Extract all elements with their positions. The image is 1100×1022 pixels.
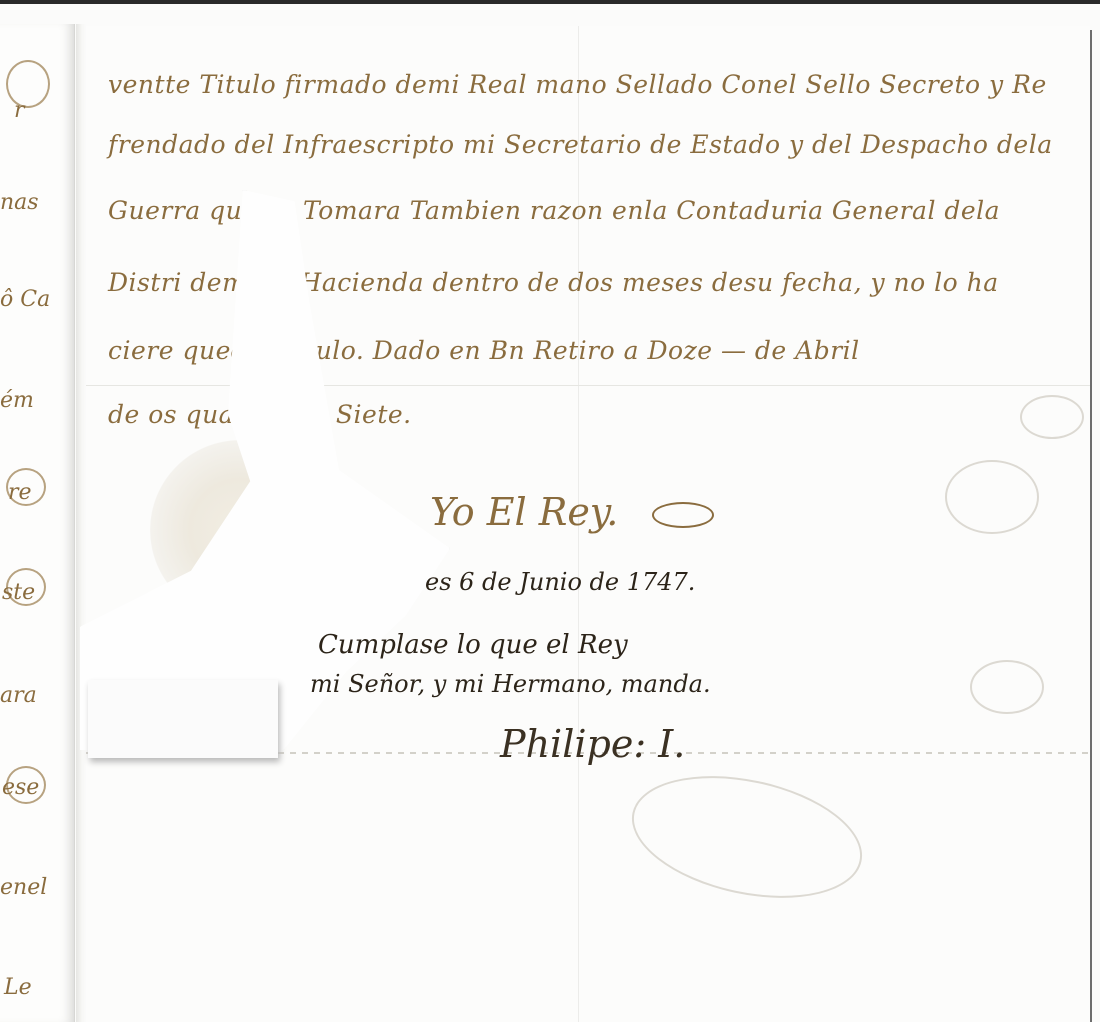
document-text-line: ciere quedara nulo. Dado en Bn Retiro a … (108, 336, 860, 365)
bleed-through-stroke (1020, 395, 1084, 439)
page-right-edge (1090, 30, 1092, 1022)
margin-fragment: ô Ca (0, 287, 50, 312)
margin-fragment: r (14, 98, 25, 123)
margin-fragment: ém (0, 388, 34, 413)
countersign-line-2: mi Señor, y mi Hermano, manda. (310, 670, 711, 698)
countersign-date: es 6 de Junio de 1747. (425, 568, 695, 596)
bleed-through-stroke (970, 660, 1044, 714)
rubric-flourish (652, 502, 714, 528)
margin-fragment: ese (2, 775, 39, 800)
margin-flourish (6, 60, 50, 108)
margin-fragment: enel (0, 875, 47, 900)
document-text-line: ventte Titulo firmado demi Real mano Sel… (108, 70, 1047, 99)
document-text-line: frendado del Infraescripto mi Secretario… (108, 130, 1053, 159)
seal-paper-flap (88, 680, 278, 758)
margin-fragment: ste (2, 580, 35, 605)
countersign-line-1: Cumplase lo que el Rey (318, 630, 628, 660)
margin-fragment: Le (4, 975, 32, 1000)
philipe-signature: Philipe: I. (500, 722, 685, 766)
margin-fragment: re (8, 480, 32, 505)
royal-signature: Yo El Rey. (430, 490, 618, 534)
margin-fragment: nas (0, 190, 39, 215)
margin-fragment: ara (0, 683, 37, 708)
bleed-through-stroke (945, 460, 1039, 534)
left-adjacent-page (0, 24, 75, 1022)
vertical-fold-shadow (76, 24, 86, 1022)
